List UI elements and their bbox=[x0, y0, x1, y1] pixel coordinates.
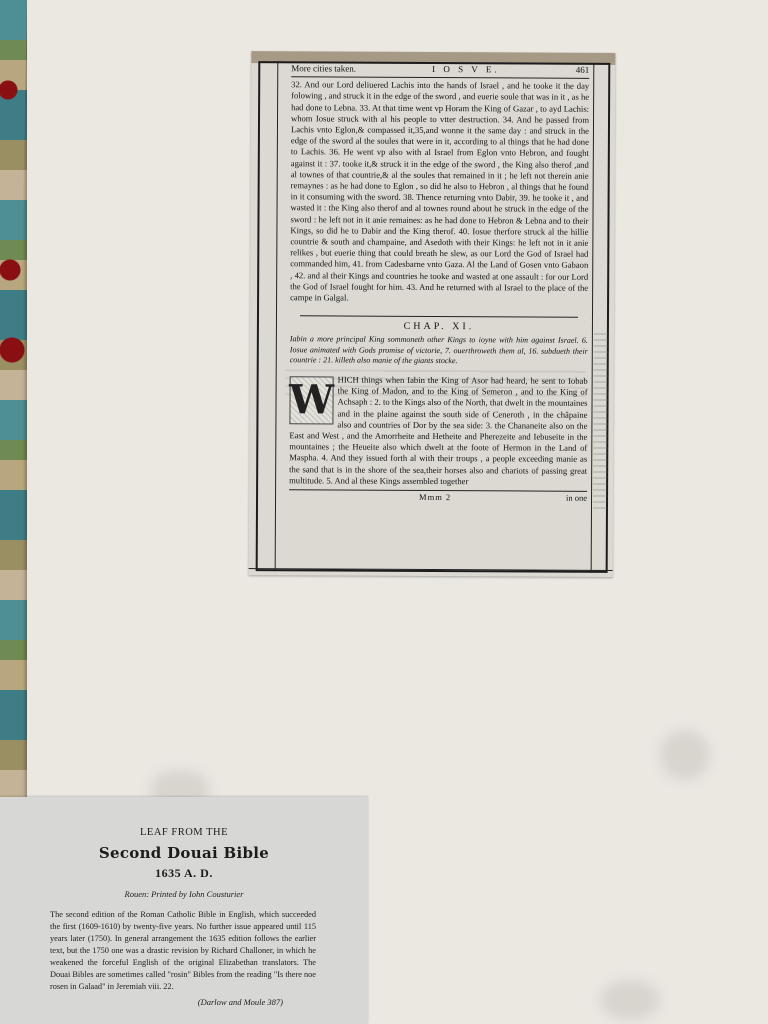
verses-paragraph: 32. And our Lord deliuered Lachis into t… bbox=[290, 79, 589, 305]
bible-leaf: More cities taken. I O S V E. 461 32. An… bbox=[249, 51, 616, 577]
board-blemish bbox=[600, 980, 660, 1020]
chapter-11-text: W HICH things when Iabin the King of Aso… bbox=[289, 374, 588, 488]
placard-pretitle: LEAF FROM THE bbox=[0, 827, 368, 838]
chapter-10-text: 32. And our Lord deliuered Lachis into t… bbox=[290, 79, 589, 305]
chapter-argument: Iabin a more principal King sommoneth ot… bbox=[290, 335, 588, 368]
description-placard: LEAF FROM THE Second Douai Bible 1635 A.… bbox=[0, 797, 368, 1024]
placard-printer: Rouen: Printed by Iohn Cousturier bbox=[0, 889, 368, 899]
chapter-heading: CHAP. XI. bbox=[290, 321, 588, 334]
placard-date: 1635 A. D. bbox=[0, 866, 368, 881]
placard-description: The second edition of the Roman Catholic… bbox=[50, 909, 316, 993]
signature-mark: Mmm 2 bbox=[419, 492, 451, 503]
catchword: in one bbox=[566, 493, 587, 504]
running-head-left: More cities taken. bbox=[291, 63, 356, 75]
board-blemish bbox=[660, 730, 710, 780]
chapter-11-paragraph: HICH things when Iabin the King of Asor … bbox=[289, 374, 588, 488]
book-title: I O S V E. bbox=[432, 64, 499, 76]
ornamental-drop-cap: W bbox=[289, 376, 333, 424]
page-footer: Mmm 2 in one bbox=[289, 490, 587, 504]
placard-citation: (Darlow and Moule 387) bbox=[0, 997, 283, 1007]
page-number: 461 bbox=[576, 65, 590, 76]
show-through-text bbox=[593, 333, 608, 513]
section-rule bbox=[300, 316, 578, 318]
text-column: More cities taken. I O S V E. 461 32. An… bbox=[289, 63, 589, 504]
placard-title: Second Douai Bible bbox=[0, 844, 368, 862]
running-head: More cities taken. I O S V E. 461 bbox=[291, 63, 589, 79]
